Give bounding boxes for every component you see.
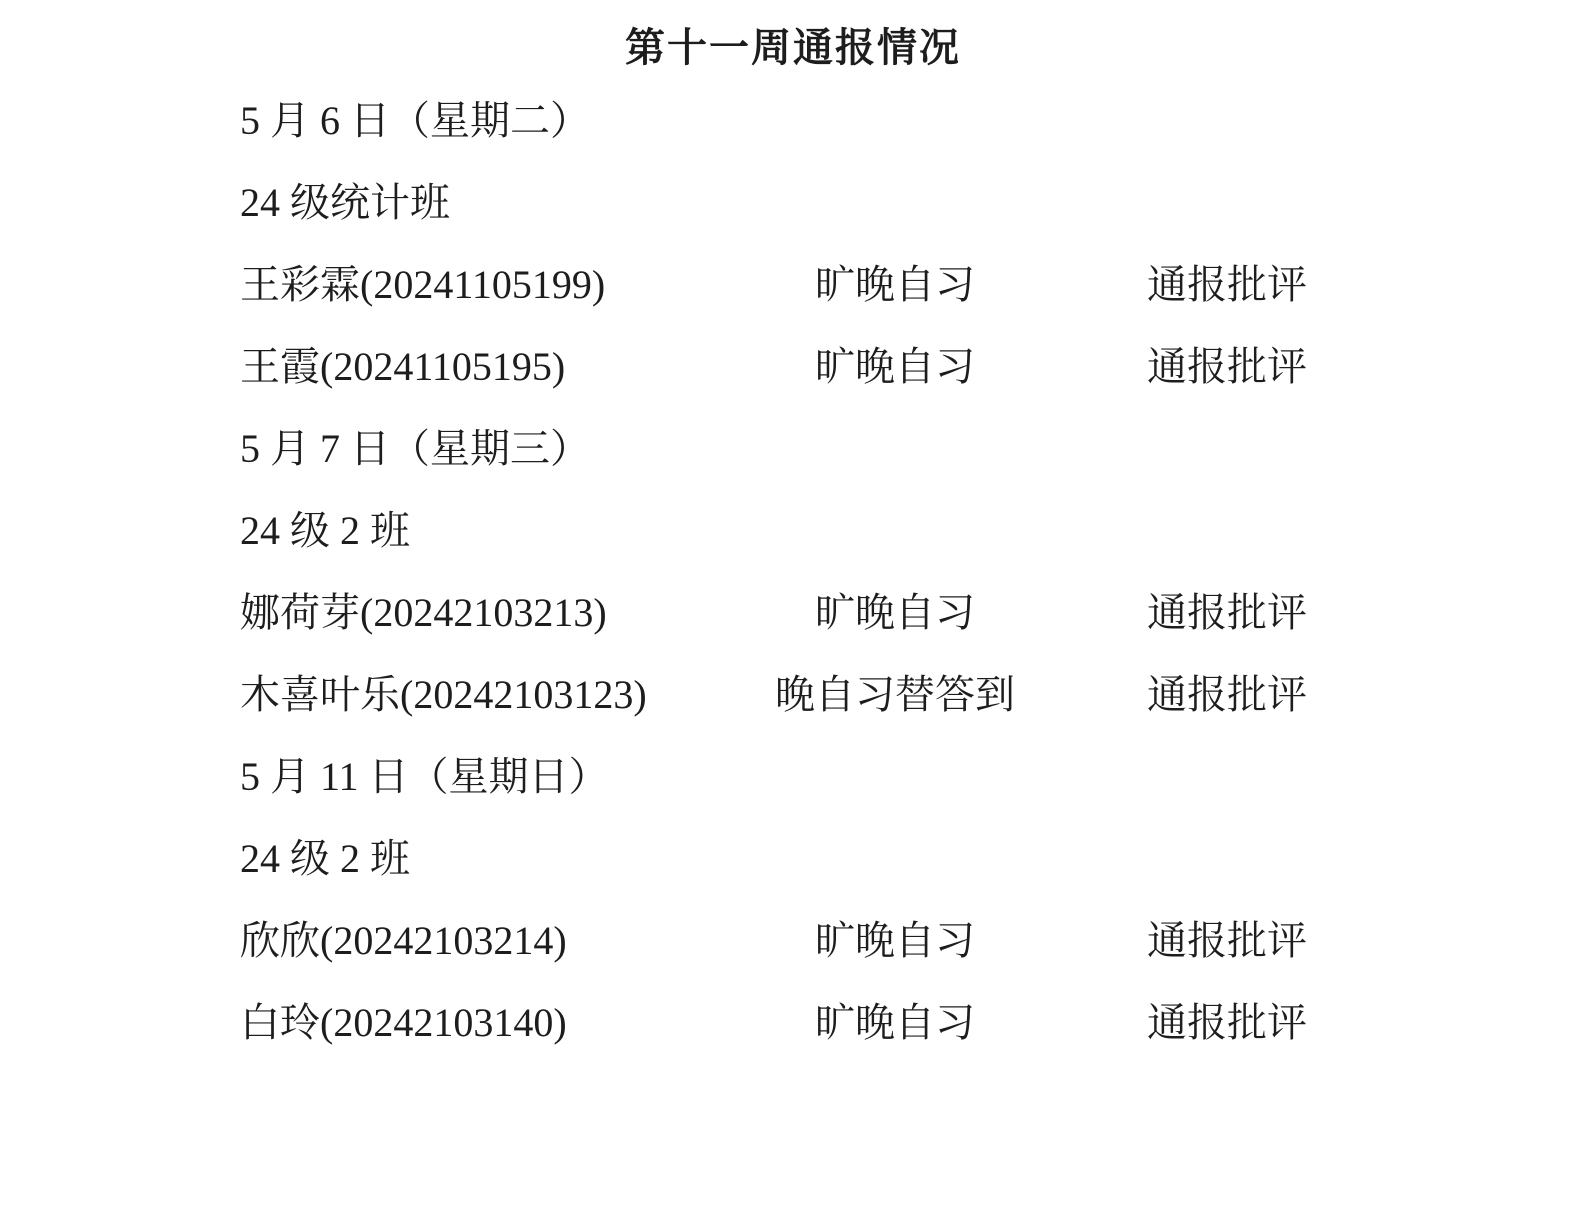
- violation-type: 旷晚自习: [745, 335, 1045, 392]
- student-name: 欣欣(20242103214): [240, 909, 745, 966]
- class-heading: 24 级 2 班: [0, 486, 1586, 568]
- date-heading: 5 月 11 日（星期日）: [0, 732, 1586, 814]
- student-name: 王霞(20241105195): [240, 335, 745, 392]
- record-row: 娜荷芽(20242103213) 旷晚自习 通报批评: [0, 568, 1586, 650]
- violation-type: 旷晚自习: [745, 581, 1045, 638]
- notice-document: 第十一周通报情况 5 月 6 日（星期二） 24 级统计班 王彩霖(202411…: [0, 0, 1586, 1213]
- student-name: 王彩霖(20241105199): [240, 253, 745, 310]
- record-row: 白玲(20242103140) 旷晚自习 通报批评: [0, 978, 1586, 1060]
- penalty-label: 通报批评: [1147, 909, 1307, 966]
- student-name: 娜荷芽(20242103213): [240, 581, 745, 638]
- class-heading: 24 级统计班: [0, 158, 1586, 240]
- penalty-label: 通报批评: [1147, 663, 1307, 720]
- penalty-label: 通报批评: [1147, 581, 1307, 638]
- record-row: 木喜叶乐(20242103123) 晚自习替答到 通报批评: [0, 650, 1586, 732]
- document-body: 5 月 6 日（星期二） 24 级统计班 王彩霖(20241105199) 旷晚…: [0, 76, 1586, 1060]
- date-heading: 5 月 7 日（星期三）: [0, 404, 1586, 486]
- class-heading: 24 级 2 班: [0, 814, 1586, 896]
- penalty-label: 通报批评: [1147, 991, 1307, 1048]
- record-row: 王彩霖(20241105199) 旷晚自习 通报批评: [0, 240, 1586, 322]
- date-heading: 5 月 6 日（星期二）: [0, 76, 1586, 158]
- document-title: 第十一周通报情况: [0, 16, 1586, 73]
- violation-type: 晚自习替答到: [745, 663, 1045, 720]
- violation-type: 旷晚自习: [745, 909, 1045, 966]
- penalty-label: 通报批评: [1147, 335, 1307, 392]
- record-row: 王霞(20241105195) 旷晚自习 通报批评: [0, 322, 1586, 404]
- record-row: 欣欣(20242103214) 旷晚自习 通报批评: [0, 896, 1586, 978]
- violation-type: 旷晚自习: [745, 253, 1045, 310]
- penalty-label: 通报批评: [1147, 253, 1307, 310]
- student-name: 木喜叶乐(20242103123): [240, 663, 745, 720]
- student-name: 白玲(20242103140): [240, 991, 745, 1048]
- violation-type: 旷晚自习: [745, 991, 1045, 1048]
